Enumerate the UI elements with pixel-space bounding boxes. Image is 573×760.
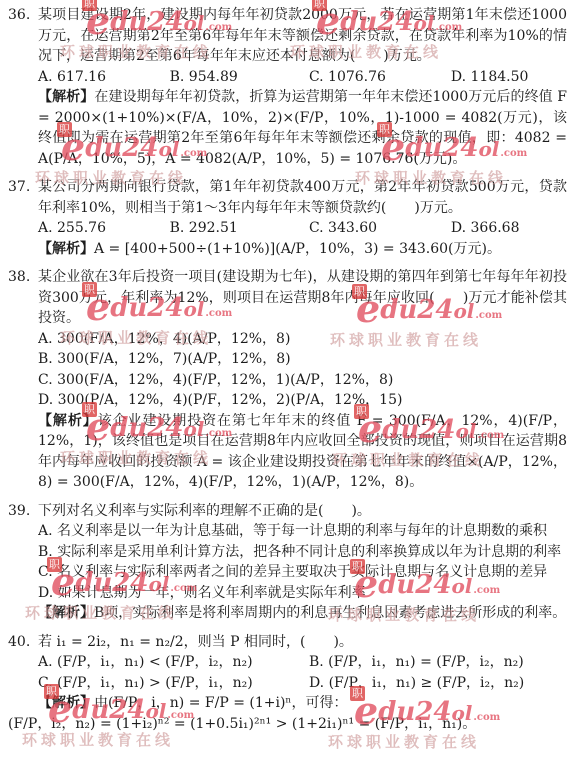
option-d: D. 如果计息期为一年，则名义年利率就是实际年利率 [38, 583, 567, 604]
option-a: A. 255.76 [38, 218, 170, 239]
watermark-subtitle: 环球职业教育在线 [328, 732, 500, 753]
question-stem: 某项目建设期2年，建设期内每年年初贷款2000万元，若在运营期第1年末偿还100… [38, 5, 567, 67]
option-b: B. 292.51 [170, 218, 309, 239]
option-c: C. 343.60 [309, 218, 451, 239]
analysis: 【解析】该企业建设期投资在第七年年末的终值 F = 300(F/A，12%，4)… [38, 411, 567, 493]
analysis-formula: (F/P，i₂，n₂) = (1+i₂)ⁿ² = (1+0.5i₁)²ⁿ¹ > … [8, 714, 567, 735]
analysis-label: 【解析】 [38, 241, 94, 257]
question-stem: 某企业欲在3年后投资一项目(建设期为七年)，从建设期的第四年到第七年每年年初投资… [38, 267, 567, 329]
analysis: 【解析】在建设期每年年初贷款，折算为运营期第一年年末偿还1000万元后的终值 F… [38, 87, 567, 169]
analysis-text: 由(F/P，i，n) = F/P = (1+i)ⁿ，可得： [94, 695, 347, 711]
question-block-40: 40. 若 i₁ = 2i₂，n₁ = n₂/2，则当 P 相同时，( )。 A… [8, 632, 567, 735]
exam-page: 36. 某项目建设期2年，建设期内每年年初贷款2000万元，若在运营期第1年末偿… [0, 0, 573, 734]
analysis: 【解析】A = [400+500÷(1+10%)](A/P，10%，3) = 3… [38, 239, 567, 260]
analysis-text: A = [400+500÷(1+10%)](A/P，10%，3) = 343.6… [94, 241, 501, 257]
question-stem: 若 i₁ = 2i₂，n₁ = n₂/2，则当 P 相同时，( )。 [38, 632, 567, 653]
options-row: A. 617.16 B. 954.89 C. 1076.76 D. 1184.5… [38, 67, 567, 88]
question-number: 36. [8, 5, 38, 169]
options-row: A. 255.76 B. 292.51 C. 343.60 D. 366.68 [38, 218, 567, 239]
analysis: 【解析】由(F/P，i，n) = F/P = (1+i)ⁿ，可得： (F/P，i… [38, 693, 567, 734]
analysis-text: 该企业建设期投资在第七年年末的终值 F = 300(F/A，12%，4)(F/P… [38, 413, 567, 491]
analysis-text: B项，实际利率是将利率周期内的利息再生利息因素考虑进去所形成的利率。 [94, 605, 566, 621]
question-block-39: 39. 下列对名义利率与实际利率的理解不正确的是( )。 A. 名义利率是以一年… [8, 501, 567, 624]
option-a: A. 300(F/A，12%，4)(A/P，12%，8) [38, 329, 567, 350]
question-number: 37. [8, 177, 38, 259]
analysis-label: 【解析】 [38, 89, 94, 105]
option-c: C. 1076.76 [309, 67, 451, 88]
analysis-label: 【解析】 [38, 413, 98, 429]
analysis-text: 在建设期每年年初贷款，折算为运营期第一年年末偿还1000万元后的终值 F = 2… [38, 89, 567, 167]
option-b: B. 实际利率是采用单利计算方法，把各种不同计息的利率换算成以年为计息期的利率 [38, 542, 567, 563]
option-b: B. (F/P，i₁，n₁) = (F/P，i₂，n₂) [309, 652, 567, 673]
question-block-38: 38. 某企业欲在3年后投资一项目(建设期为七年)，从建设期的第四年到第七年每年… [8, 267, 567, 493]
question-stem: 下列对名义利率与实际利率的理解不正确的是( )。 [38, 501, 567, 522]
option-b: B. 300(F/A，12%，7)(A/P，12%，8) [38, 349, 567, 370]
question-block-36: 36. 某项目建设期2年，建设期内每年年初贷款2000万元，若在运营期第1年末偿… [8, 5, 567, 169]
question-number: 38. [8, 267, 38, 493]
option-d: D. 366.68 [451, 218, 567, 239]
question-block-37: 37. 某公司分两期向银行贷款，第1年年初贷款400万元，第2年年初贷款500万… [8, 177, 567, 259]
analysis: 【解析】B项，实际利率是将利率周期内的利息再生利息因素考虑进去所形成的利率。 [38, 603, 567, 624]
option-c: C. 名义利率与实际利率两者之间的差异主要取决于实际计息期与名义计息期的差异 [38, 562, 567, 583]
option-a: A. 617.16 [38, 67, 170, 88]
question-stem: 某公司分两期向银行贷款，第1年年初贷款400万元，第2年年初贷款500万元，贷款… [38, 177, 567, 218]
option-c: C. (F/P，i₁，n₁) > (F/P，i₁，n₂) [38, 673, 309, 694]
option-a: A. 名义利率是以一年为计息基础，等于每一计息期的利率与每年的计息期数的乘积 [38, 521, 567, 542]
option-b: B. 954.89 [170, 67, 309, 88]
options-row: A. (F/P，i₁，n₁) < (F/P，i₂，n₂) B. (F/P，i₁，… [38, 652, 567, 693]
option-a: A. (F/P，i₁，n₁) < (F/P，i₂，n₂) [38, 652, 309, 673]
option-d: D. 300(P/A，12%，4)(P/F，12%，2)(P/A，12%，15) [38, 390, 567, 411]
question-number: 39. [8, 501, 38, 624]
option-c: C. 300(F/A，12%，4)(F/P，12%，1)(A/P，12%，8) [38, 370, 567, 391]
option-d: D. (F/P，i₁，n₁) ≥ (F/P，i₂，n₂) [309, 673, 567, 694]
analysis-label: 【解析】 [38, 695, 94, 711]
option-d: D. 1184.50 [451, 67, 567, 88]
analysis-label: 【解析】 [38, 605, 94, 621]
